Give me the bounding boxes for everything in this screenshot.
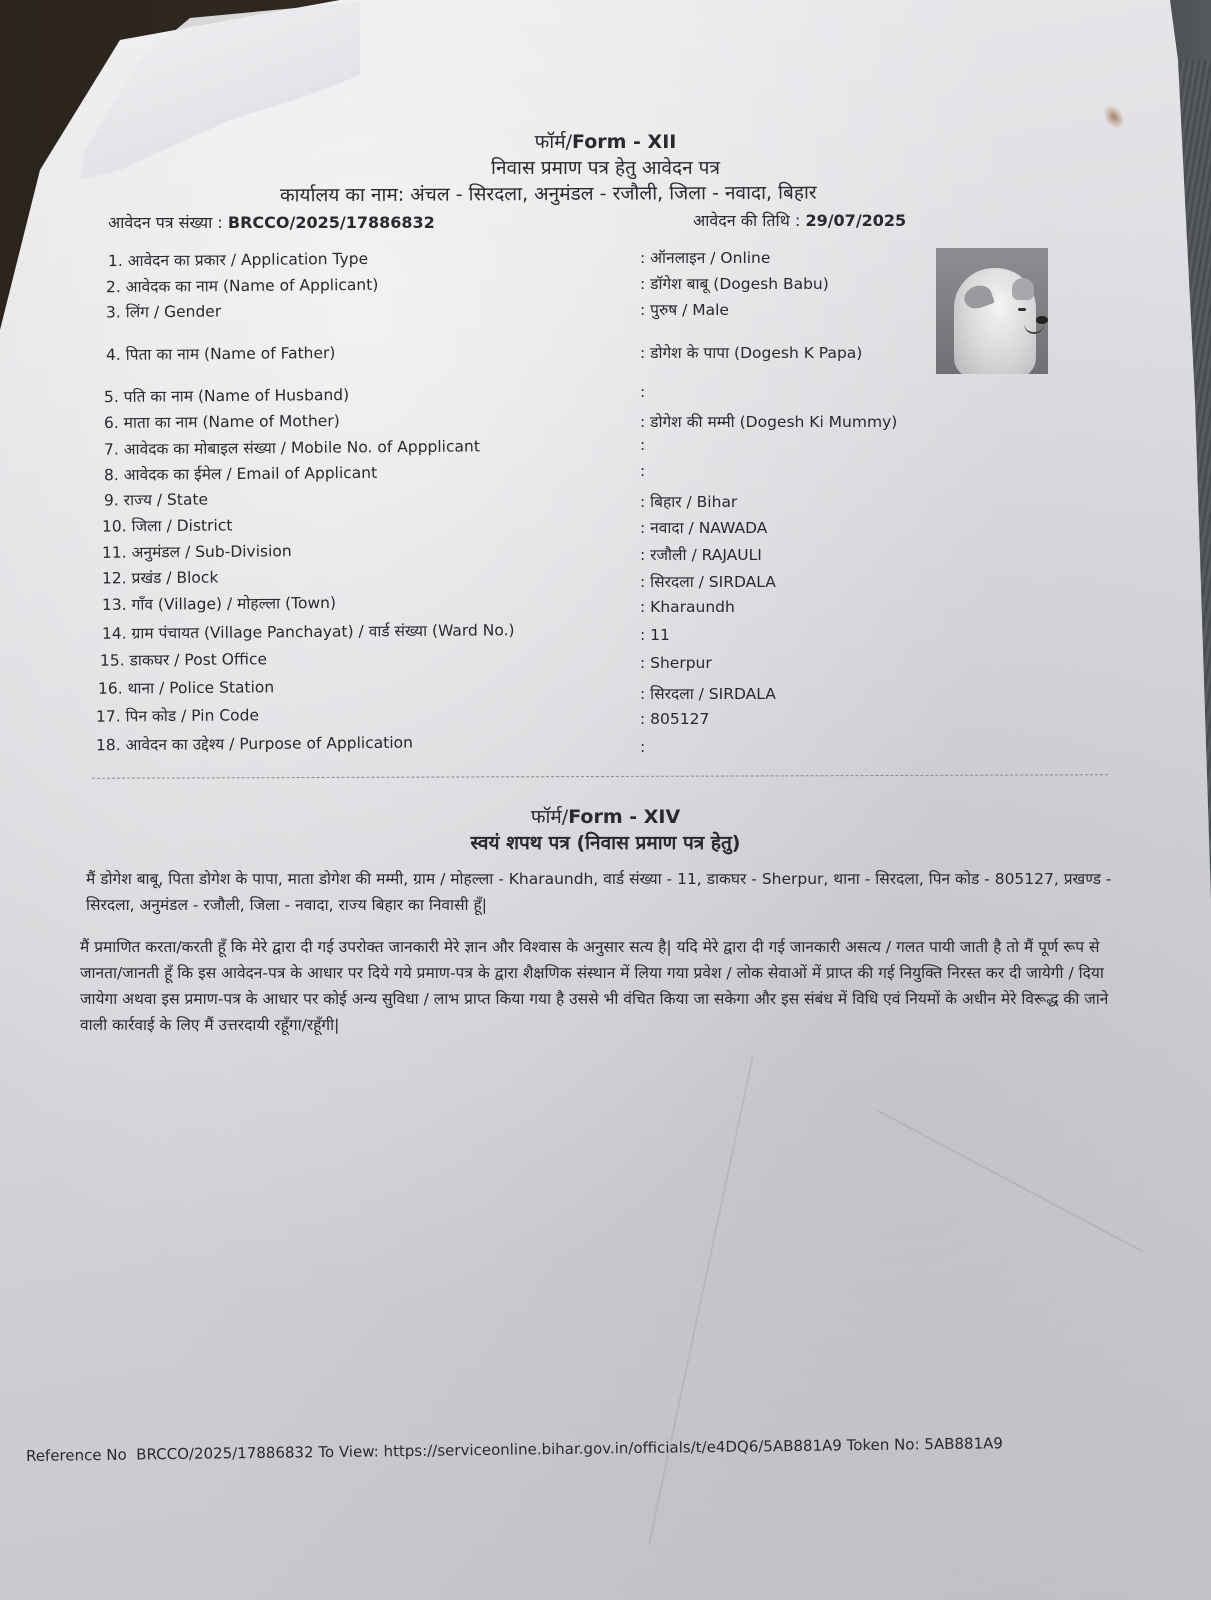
field-value: : बिहार / Bihar: [640, 490, 737, 512]
field-value: : Sherpur: [640, 654, 712, 672]
field-label: 18. आवेदन का उद्देश्य / Purpose of Appli…: [96, 731, 413, 756]
field-value: : सिरदला / SIRDALA: [640, 682, 776, 704]
field-label: 5. पति का नाम (Name of Husband): [104, 383, 349, 407]
reference-footer: Reference No BRCCO/2025/17886832 To View…: [26, 1434, 1003, 1465]
application-number-value: BRCCO/2025/17886832: [228, 213, 435, 232]
field-value: : डोगेश के पापा (Dogesh K Papa): [640, 341, 862, 363]
application-number: आवेदन पत्र संख्या : BRCCO/2025/17886832: [108, 211, 435, 233]
office-name: कार्यालय का नाम: अंचल - सिरदला, अनुमंडल …: [280, 179, 817, 208]
field-label: 4. पिता का नाम (Name of Father): [106, 341, 336, 365]
field-label: 17. पिन कोड / Pin Code: [96, 703, 259, 726]
field-label: 14. ग्राम पंचायत (Village Panchayat) / व…: [102, 618, 515, 644]
field-value: : पुरुष / Male: [640, 298, 729, 320]
field-value: : Kharaundh: [640, 598, 735, 616]
field-value: : रजौली / RAJAULI: [640, 543, 762, 565]
form-label-hindi: फॉर्म/: [531, 806, 568, 828]
view-url-link[interactable]: https://serviceonline.bihar.gov.in/offic…: [383, 1436, 842, 1460]
field-value: : डोगेश की मम्मी (Dogesh Ki Mummy): [640, 410, 897, 432]
view-label: To View:: [318, 1442, 379, 1461]
field-value: : नवादा / NAWADA: [640, 516, 767, 538]
field-label: 15. डाकघर / Post Office: [100, 647, 267, 670]
field-label: 6. माता का नाम (Name of Mother): [104, 409, 340, 433]
field-value: : सिरदला / SIRDALA: [640, 570, 776, 592]
field-value: :: [640, 462, 645, 480]
form-xii-title: निवास प्रमाण पत्र हेतु आवेदन पत्र: [0, 154, 1211, 180]
application-date-value: 29/07/2025: [805, 211, 906, 230]
field-label: 9. राज्य / State: [104, 488, 208, 511]
field-label: 11. अनुमंडल / Sub-Division: [102, 539, 292, 563]
field-value: :: [640, 738, 645, 756]
form-xii-heading: फॉर्म/Form - XII: [0, 128, 1211, 154]
dog-icon: [954, 268, 1036, 374]
field-label: 8. आवेदक का ईमेल / Email of Applicant: [104, 461, 377, 485]
field-value: : डॉगेश बाबू (Dogesh Babu): [640, 272, 829, 294]
application-document: फॉर्म/Form - XII निवास प्रमाण पत्र हेतु …: [0, 0, 1211, 1600]
reference-number: BRCCO/2025/17886832: [136, 1443, 314, 1463]
reference-label: Reference No: [26, 1446, 127, 1465]
form-label-english: Form - XII: [572, 131, 676, 153]
applicant-photo: [936, 248, 1048, 374]
field-value: : 11: [640, 626, 670, 644]
form-xiv-heading: फॉर्म/Form - XIV: [0, 803, 1211, 829]
field-label: 13. गाँव (Village) / मोहल्ला (Town): [102, 591, 336, 615]
form-label-hindi: फॉर्म/: [535, 131, 572, 153]
token-label: Token No:: [847, 1435, 920, 1454]
field-label: 10. जिला / District: [102, 513, 233, 536]
affidavit-declaration: मैं डोगेश बाबू, पिता डोगेश के पापा, माता…: [86, 866, 1121, 918]
field-value: : ऑनलाइन / Online: [640, 246, 770, 268]
field-label: 16. थाना / Police Station: [98, 675, 274, 699]
affidavit-certification: मैं प्रमाणित करता/करती हूँ कि मेरे द्वार…: [80, 934, 1125, 1038]
field-label: 3. लिंग / Gender: [106, 299, 221, 322]
form-xiv-title: स्वयं शपथ पत्र (निवास प्रमाण पत्र हेतु): [0, 829, 1211, 855]
token-number: 5AB881A9: [924, 1434, 1003, 1453]
section-divider: [92, 774, 1108, 779]
application-date-label: आवेदन की तिथि :: [693, 211, 805, 230]
application-date: आवेदन की तिथि : 29/07/2025: [693, 209, 906, 231]
application-number-label: आवेदन पत्र संख्या :: [108, 213, 228, 232]
photo-scene: फॉर्म/Form - XII निवास प्रमाण पत्र हेतु …: [0, 0, 1211, 1600]
field-label: 2. आवेदक का नाम (Name of Applicant): [106, 273, 379, 297]
field-label: 12. प्रखंड / Block: [102, 565, 219, 588]
form-label-english: Form - XIV: [568, 806, 680, 828]
field-label: 7. आवेदक का मोबाइल संख्या / Mobile No. o…: [104, 434, 480, 459]
field-label: 1. आवेदन का प्रकार / Application Type: [108, 247, 368, 271]
field-value: : 805127: [640, 710, 709, 728]
field-value: :: [640, 383, 645, 401]
field-value: :: [640, 436, 645, 454]
